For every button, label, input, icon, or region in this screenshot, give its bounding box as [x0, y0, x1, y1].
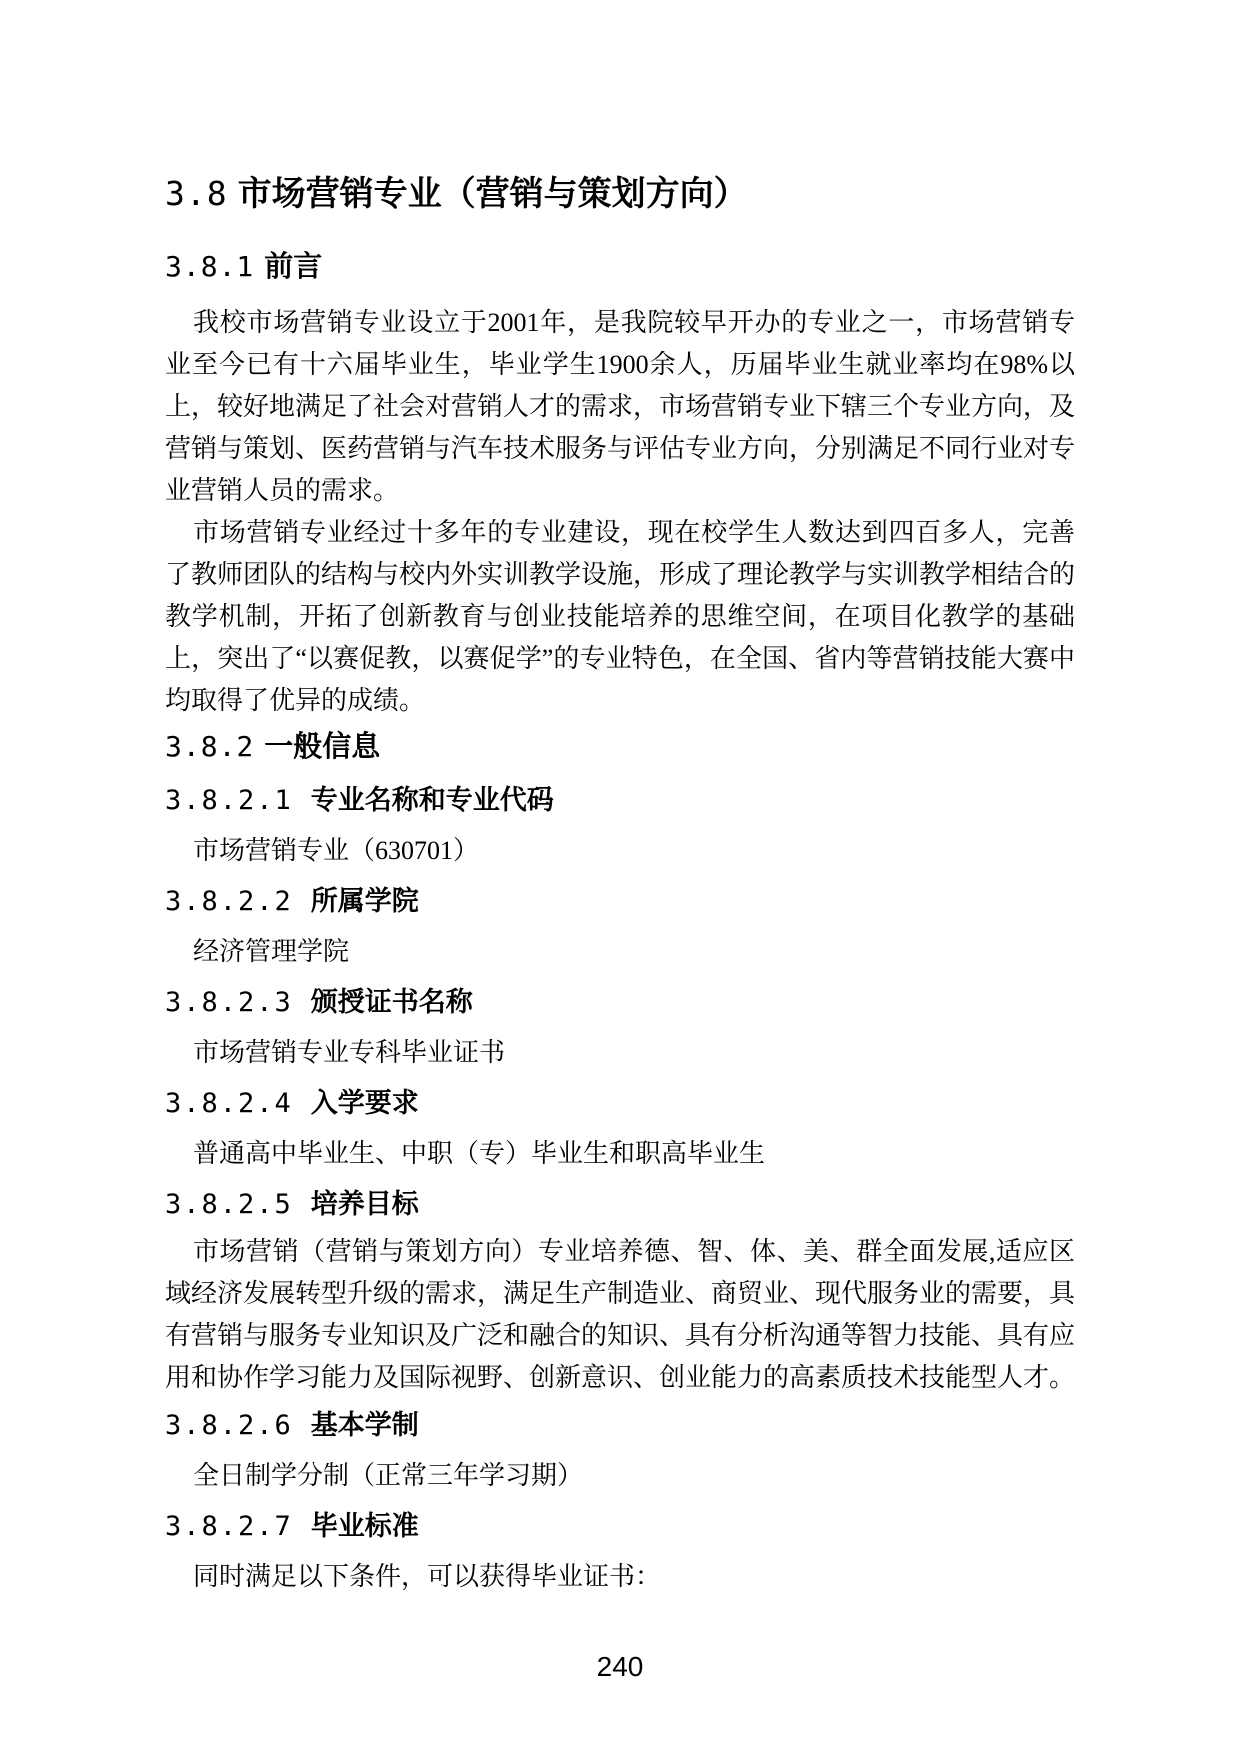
subsection-body-training-goal: 市场营销（营销与策划方向）专业培养德、智、体、美、群全面发展,适应区域经济发展转…	[165, 1231, 1075, 1399]
section-heading-preface: 3.8.1前言	[165, 247, 1075, 287]
subsection-label: 所属学院	[311, 886, 419, 916]
subsection-number: 3.8.2.1	[165, 785, 293, 816]
section-number: 3.8.1	[165, 250, 254, 283]
preface-paragraph-2: 市场营销专业经过十多年的专业建设，现在校学生人数达到四百多人，完善了教师团队的结…	[165, 512, 1075, 722]
subsection-heading-schooling-system: 3.8.2.6基本学制	[165, 1400, 1075, 1451]
subsection-heading-graduation-standard: 3.8.2.7毕业标准	[165, 1501, 1075, 1552]
subsection-body-certificate: 市场营销专业专科毕业证书	[165, 1028, 1075, 1078]
preface-paragraph-1: 我校市场营销专业设立于2001年，是我院较早开办的专业之一，市场营销专业至今已有…	[165, 302, 1075, 512]
subsection-body-admission: 普通高中毕业生、中职（专）毕业生和职高毕业生	[165, 1129, 1075, 1179]
subsection-label: 毕业标准	[311, 1511, 419, 1541]
subsection-heading-training-goal: 3.8.2.5培养目标	[165, 1179, 1075, 1230]
chapter-heading: 3.8市场营销专业（营销与策划方向）	[165, 172, 1075, 216]
subsection-label: 培养目标	[311, 1189, 419, 1219]
subsection-body-name-code: 市场营销专业（630701）	[165, 826, 1075, 876]
subsection-body-graduation-standard: 同时满足以下条件，可以获得毕业证书：	[165, 1552, 1075, 1602]
subsection-label: 基本学制	[311, 1410, 419, 1440]
subsection-body-college: 经济管理学院	[165, 927, 1075, 977]
section-heading-general-info: 3.8.2一般信息	[165, 727, 1075, 767]
subsection-number: 3.8.2.2	[165, 886, 293, 917]
subsection-heading-name-code: 3.8.2.1专业名称和专业代码	[165, 775, 1075, 826]
subsection-number: 3.8.2.4	[165, 1088, 293, 1119]
subsection-heading-certificate: 3.8.2.3颁授证书名称	[165, 977, 1075, 1028]
subsection-label: 专业名称和专业代码	[311, 785, 554, 815]
subsection-number: 3.8.2.6	[165, 1410, 293, 1441]
chapter-number: 3.8	[165, 174, 228, 213]
subsection-number: 3.8.2.3	[165, 987, 293, 1018]
subsection-number: 3.8.2.7	[165, 1511, 293, 1542]
subsection-body-schooling-system: 全日制学分制（正常三年学习期）	[165, 1451, 1075, 1501]
page-number: 240	[0, 1652, 1240, 1682]
section-label: 一般信息	[264, 731, 380, 763]
subsection-label: 入学要求	[311, 1088, 419, 1118]
section-label: 前言	[264, 251, 322, 283]
section-number: 3.8.2	[165, 730, 254, 763]
subsection-heading-admission: 3.8.2.4入学要求	[165, 1078, 1075, 1129]
subsection-heading-college: 3.8.2.2所属学院	[165, 876, 1075, 927]
document-page: 3.8市场营销专业（营销与策划方向） 3.8.1前言 我校市场营销专业设立于20…	[0, 0, 1240, 1753]
chapter-title-text: 市场营销专业（营销与策划方向）	[238, 175, 748, 213]
subsection-number: 3.8.2.5	[165, 1189, 293, 1220]
subsection-label: 颁授证书名称	[311, 987, 473, 1017]
